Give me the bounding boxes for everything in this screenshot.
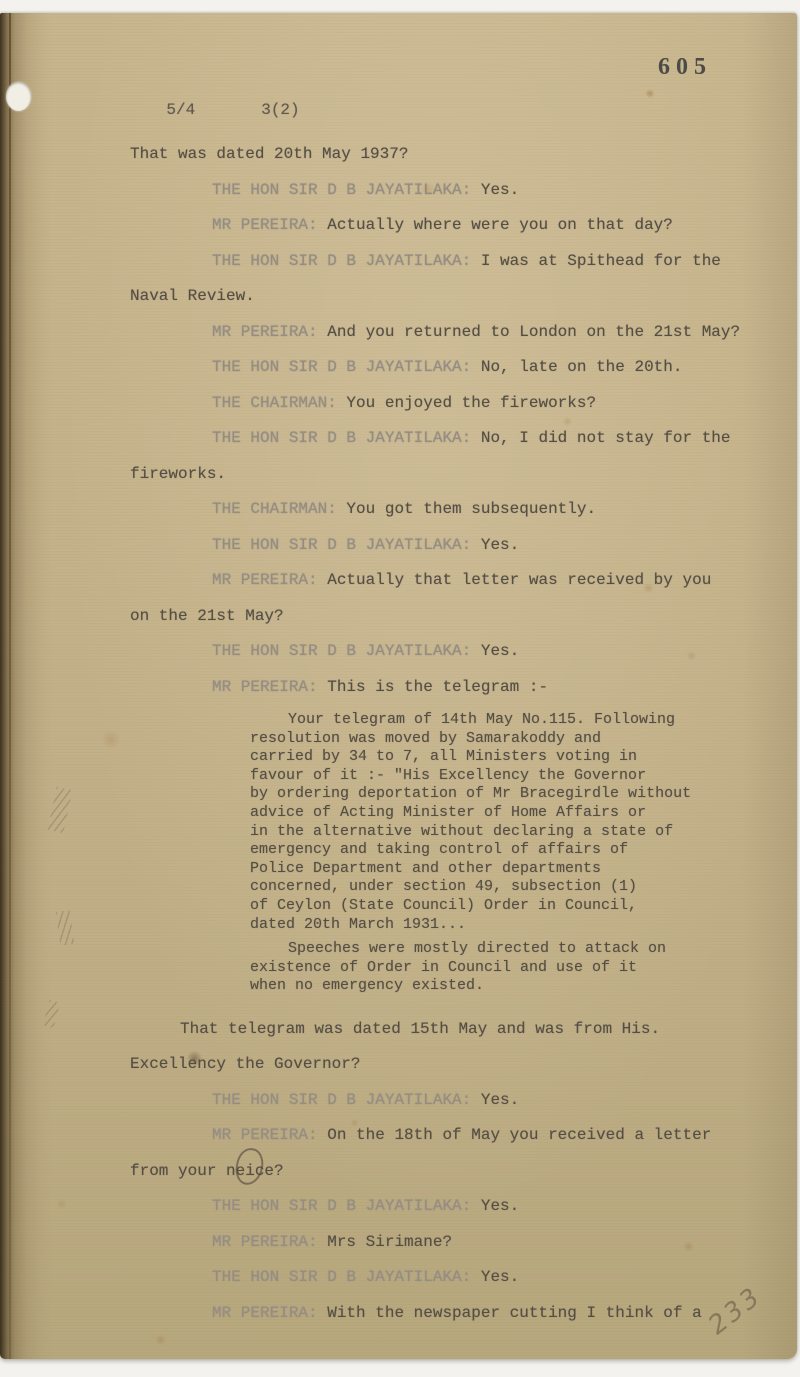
- stain: [56, 1199, 67, 1209]
- line-text: Actually where were you on that day?: [318, 216, 673, 234]
- line-text: resolution was moved by Samarakoddy and: [250, 730, 601, 747]
- transcript-line: MR PEREIRA: And you returned to London o…: [130, 315, 770, 351]
- transcript-line: Your telegram of 14th May No.115. Follow…: [130, 711, 770, 730]
- line-text: With the newspaper cutting I think of a: [318, 1304, 702, 1322]
- line-text: favour of it :- "His Excellency the Gove…: [250, 767, 646, 784]
- line-text: emergency and taking control of affairs …: [250, 841, 628, 858]
- line-text: concerned, under section 49, subsection …: [250, 878, 637, 895]
- line-text: of Ceylon (State Council) Order in Counc…: [250, 897, 637, 914]
- speaker-name: MR PEREIRA:: [212, 571, 318, 589]
- transcript-line: THE HON SIR D B JAYATILAKA: No, late on …: [130, 350, 770, 386]
- transcript-line: dated 20th March 1931...: [130, 916, 770, 935]
- stain: [562, 417, 573, 426]
- line-text: in the alternative without declaring a s…: [250, 823, 673, 840]
- transcript-line: THE CHAIRMAN: You enjoyed the fireworks?: [130, 386, 770, 422]
- speaker-name: MR PEREIRA:: [212, 678, 318, 696]
- line-text: Yes.: [471, 642, 519, 660]
- line-text: That was dated 20th May 1937?: [130, 145, 408, 163]
- line-text: on the 21st May?: [130, 607, 284, 625]
- stain: [154, 1335, 167, 1345]
- document-page: 605 5/43(2) That was dated 20th May 1937…: [0, 13, 797, 1359]
- binding-edge: [0, 13, 52, 1359]
- document-header: 5/43(2): [128, 83, 300, 137]
- transcript-line: fireworks.: [130, 457, 770, 493]
- transcript-line: advice of Acting Minister of Home Affair…: [130, 804, 770, 823]
- speaker-name: THE CHAIRMAN:: [212, 394, 337, 412]
- line-text: Yes.: [471, 1197, 519, 1215]
- speaker-name: MR PEREIRA:: [212, 1304, 318, 1322]
- speaker-name: THE HON SIR D B JAYATILAKA:: [212, 429, 471, 447]
- line-text: when no emergency existed.: [250, 977, 484, 994]
- transcript-line: THE HON SIR D B JAYATILAKA: I was at Spi…: [130, 244, 770, 280]
- speaker-name: THE HON SIR D B JAYATILAKA:: [212, 1268, 471, 1286]
- transcript-line: MR PEREIRA: Actually that letter was rec…: [130, 563, 770, 599]
- line-text: No, I did not stay for the: [471, 429, 730, 447]
- transcript-line: Speeches were mostly directed to attack …: [130, 940, 770, 959]
- line-text: dated 20th March 1931...: [250, 916, 466, 933]
- transcript-line: THE HON SIR D B JAYATILAKA: Yes.: [130, 1260, 770, 1296]
- stain: [645, 89, 655, 98]
- speaker-name: MR PEREIRA:: [212, 323, 318, 341]
- line-text: Excellency the Governor?: [130, 1055, 360, 1073]
- line-text: No, late on the 20th.: [471, 358, 682, 376]
- transcript-line: THE HON SIR D B JAYATILAKA: Yes.: [130, 528, 770, 564]
- speaker-name: THE HON SIR D B JAYATILAKA:: [212, 252, 471, 270]
- line-text: You enjoyed the fireworks?: [337, 394, 596, 412]
- transcript-line: Excellency the Governor?: [130, 1047, 770, 1083]
- section-number: 3(2): [261, 101, 299, 119]
- line-text: You got them subsequently.: [337, 500, 596, 518]
- stain: [100, 731, 122, 748]
- transcript-line: THE HON SIR D B JAYATILAKA: Yes.: [130, 1083, 770, 1119]
- transcript-line: from your neice?: [130, 1154, 770, 1190]
- line-text: Speeches were mostly directed to attack …: [288, 940, 666, 957]
- stain: [350, 1119, 359, 1127]
- transcript-line: THE HON SIR D B JAYATILAKA: Yes.: [130, 173, 770, 209]
- pencil-mark: [43, 1000, 60, 1028]
- transcript-line: resolution was moved by Samarakoddy and: [130, 730, 770, 749]
- stain: [516, 259, 524, 267]
- speaker-name: THE HON SIR D B JAYATILAKA:: [212, 1197, 471, 1215]
- transcript-line: That was dated 20th May 1937?: [130, 137, 770, 173]
- transcript-line: of Ceylon (State Council) Order in Counc…: [130, 897, 770, 916]
- transcript-line: by ordering deportation of Mr Bracegirdl…: [130, 785, 770, 804]
- line-text: fireworks.: [130, 465, 226, 483]
- line-text: Police Department and other departments: [250, 860, 601, 877]
- speaker-name: THE HON SIR D B JAYATILAKA:: [212, 536, 471, 554]
- transcript-line: in the alternative without declaring a s…: [130, 823, 770, 842]
- file-reference: 5/4: [166, 101, 195, 119]
- transcript-line: MR PEREIRA: On the 18th of May you recei…: [130, 1118, 770, 1154]
- transcript-line: on the 21st May?: [130, 599, 770, 635]
- transcript-line: That telegram was dated 15th May and was…: [130, 1012, 770, 1048]
- line-text: I was at Spithead for the: [471, 252, 721, 270]
- stain: [686, 651, 697, 661]
- stain: [420, 183, 437, 195]
- speaker-name: THE HON SIR D B JAYATILAKA:: [212, 642, 471, 660]
- line-text: Yes.: [471, 1268, 519, 1286]
- line-text: On the 18th of May you received a letter: [318, 1126, 712, 1144]
- transcript-line: THE HON SIR D B JAYATILAKA: No, I did no…: [130, 421, 770, 457]
- page-number-stamp: 605: [658, 54, 712, 81]
- transcript-line: Police Department and other departments: [130, 860, 770, 879]
- stain: [642, 583, 655, 593]
- transcript-line: MR PEREIRA: This is the telegram :-: [130, 670, 770, 706]
- transcript-line: THE HON SIR D B JAYATILAKA: Yes.: [130, 634, 770, 670]
- transcript-line: MR PEREIRA: With the newspaper cutting I…: [130, 1296, 770, 1332]
- ink-blot: [186, 1051, 203, 1066]
- line-text: Yes.: [471, 181, 519, 199]
- transcript-line: MR PEREIRA: Actually where were you on t…: [130, 208, 770, 244]
- stain: [682, 1241, 695, 1252]
- transcript-line: when no emergency existed.: [130, 977, 770, 996]
- transcript-line: THE HON SIR D B JAYATILAKA: Yes.: [130, 1189, 770, 1225]
- line-text: This is the telegram :-: [318, 678, 548, 696]
- speaker-name: MR PEREIRA:: [212, 1126, 318, 1144]
- line-text: Naval Review.: [130, 287, 255, 305]
- line-text: Yes.: [471, 536, 519, 554]
- pencil-mark: [56, 910, 75, 946]
- speaker-name: THE HON SIR D B JAYATILAKA:: [212, 1091, 471, 1109]
- speaker-name: THE HON SIR D B JAYATILAKA:: [212, 358, 471, 376]
- line-text: Your telegram of 14th May No.115. Follow…: [288, 711, 675, 728]
- line-text: And you returned to London on the 21st M…: [318, 323, 740, 341]
- transcript-line: favour of it :- "His Excellency the Gove…: [130, 767, 770, 786]
- line-text: That telegram was dated 15th May and was…: [180, 1020, 660, 1038]
- line-text: by ordering deportation of Mr Bracegirdl…: [250, 785, 691, 802]
- transcript-line: existence of Order in Council and use of…: [130, 959, 770, 978]
- line-text: advice of Acting Minister of Home Affair…: [250, 804, 646, 821]
- transcript-line: MR PEREIRA: Mrs Sirimane?: [130, 1225, 770, 1261]
- transcript-line: THE CHAIRMAN: You got them subsequently.: [130, 492, 770, 528]
- transcript-line: emergency and taking control of affairs …: [130, 841, 770, 860]
- speaker-name: THE CHAIRMAN:: [212, 500, 337, 518]
- transcript-line: carried by 34 to 7, all Ministers voting…: [130, 748, 770, 767]
- transcript-line: Naval Review.: [130, 279, 770, 315]
- pencil-mark: [48, 787, 73, 833]
- line-text: Yes.: [471, 1091, 519, 1109]
- gutter-line: [9, 13, 11, 1359]
- line-text: existence of Order in Council and use of…: [250, 959, 637, 976]
- line-text: Mrs Sirimane?: [318, 1233, 452, 1251]
- speaker-name: MR PEREIRA:: [212, 1233, 318, 1251]
- punch-hole: [6, 82, 31, 111]
- transcript-body: That was dated 20th May 1937? THE HON SI…: [130, 137, 770, 1331]
- speaker-name: MR PEREIRA:: [212, 216, 318, 234]
- line-text: carried by 34 to 7, all Ministers voting…: [250, 748, 637, 765]
- transcript-line: concerned, under section 49, subsection …: [130, 878, 770, 897]
